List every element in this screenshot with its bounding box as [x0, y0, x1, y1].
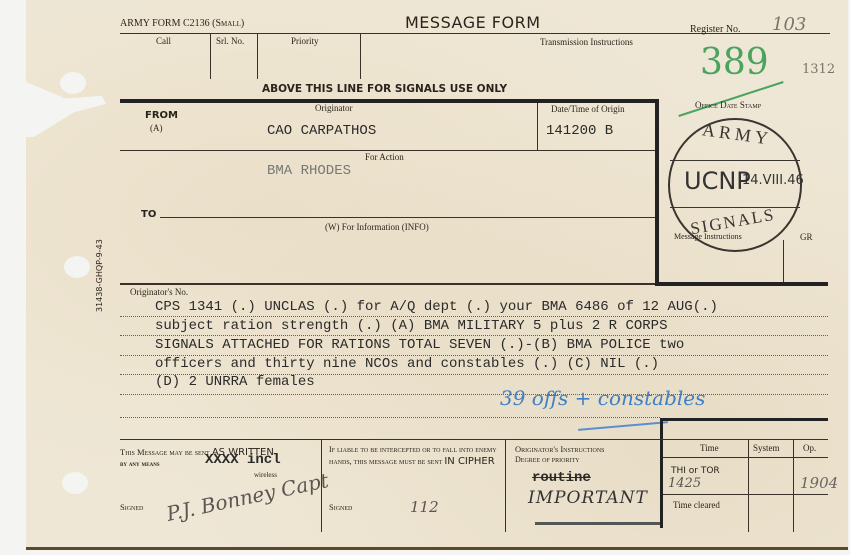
divider [120, 439, 828, 440]
from-label: FROM [145, 110, 178, 121]
priority-label: Priority [291, 36, 319, 46]
message-line: officers and thirty nine NCOs and consta… [155, 356, 659, 372]
divider [783, 240, 784, 282]
ruled-line [120, 316, 828, 317]
wireless-label: wireless [254, 471, 277, 479]
divider [120, 150, 655, 151]
divider [793, 440, 794, 532]
originator-value: CAO CARPATHOS [267, 123, 376, 139]
for-action-value: BMA RHODES [267, 163, 351, 179]
datetime-value: 141200 B [546, 123, 613, 139]
transmission-instructions-label: Transmission Instructions [540, 37, 633, 47]
ruled-line [120, 335, 828, 336]
for-action-label: For Action [365, 152, 404, 162]
originator-label: Originator [315, 103, 353, 113]
divider [655, 99, 659, 286]
signals-use-notice: ABOVE THIS LINE FOR SIGNALS USE ONLY [262, 83, 507, 95]
stamp-band: UCNP 14.VIII.46 [670, 160, 800, 208]
call-label: Call [156, 36, 171, 46]
from-sub-label: (A) [150, 123, 163, 133]
gr-label: GR [800, 232, 813, 242]
divider [748, 440, 749, 532]
divider [210, 34, 211, 79]
ruled-line [120, 394, 828, 395]
priority-struck: routine [532, 470, 591, 486]
cipher-text: If liable to be intercepted or to fall i… [329, 444, 501, 468]
system-header: System [753, 443, 780, 453]
as-written-prefix: This Message may be sent [120, 447, 210, 457]
divider [663, 494, 828, 495]
divider [660, 418, 663, 528]
priority-written: IMPORTANT [528, 488, 648, 508]
message-line: CPS 1341 (.) UNCLAS (.) for A/Q dept (.)… [155, 299, 718, 315]
divider [360, 34, 361, 79]
time-header: Time [700, 443, 719, 453]
divider [505, 440, 506, 532]
instructions-label: Originator's Instructions [515, 444, 605, 454]
srl-no-label: Srl. No. [216, 36, 244, 46]
op-header: Op. [803, 443, 816, 453]
message-line: (D) 2 UNRRA females [155, 374, 315, 390]
office-date-stamp-label: Office Date Stamp [695, 100, 761, 110]
green-annotation: 389 [700, 42, 769, 83]
form-id: ARMY FORM C2136 (Small) [120, 18, 244, 29]
pencil-annotation: 1312 [802, 62, 835, 77]
page-title: MESSAGE FORM [405, 13, 541, 32]
punch-hole [60, 72, 86, 94]
divider [662, 418, 828, 421]
cipher-bold: IN CIPHER [444, 456, 494, 467]
datetime-label: Date/Time of Origin [551, 104, 625, 114]
divider [537, 103, 538, 151]
thi-value: 1425 [668, 476, 701, 491]
ruled-line [120, 417, 660, 418]
message-line: SIGNALS ATTACHED FOR RATIONS TOTAL SEVEN… [155, 337, 684, 353]
stamp-top-text: ARMY [701, 119, 773, 150]
divider [655, 282, 828, 286]
divider [663, 457, 828, 458]
signed-label-2: Signed [329, 502, 352, 512]
info-label: (W) For Information (INFO) [325, 222, 429, 232]
divider [160, 217, 655, 218]
message-instructions-label: Message Instructions [674, 232, 742, 241]
punch-hole [62, 472, 88, 494]
register-value: 103 [772, 14, 806, 35]
message-line: subject ration strength (.) (A) BMA MILI… [155, 318, 667, 334]
time-cleared-label: Time cleared [673, 500, 720, 510]
punch-hole [64, 256, 90, 278]
any-means-text: by any means [120, 459, 160, 468]
op-value: 1904 [800, 474, 838, 492]
divider [120, 283, 655, 285]
divider [120, 99, 658, 103]
to-label: TO [141, 209, 156, 220]
stamp-date: 14.VIII.46 [742, 173, 804, 188]
priority-label: Degree of priority [515, 455, 579, 464]
handwritten-note: 39 offs + constables [500, 386, 705, 410]
signed-label-1: Signed [120, 502, 143, 512]
signature-2: 112 [410, 498, 439, 516]
as-written-typed: XXXX incl [205, 452, 281, 468]
divider [257, 34, 258, 79]
print-code: 31438-GHQP-9-43 [95, 239, 104, 312]
originators-no-label: Originator's No. [130, 287, 188, 297]
stamp-office-code: UCNP [684, 167, 751, 195]
underline [535, 522, 660, 525]
thi-tor-label: THI or TOR [671, 466, 720, 476]
divider [120, 33, 830, 34]
